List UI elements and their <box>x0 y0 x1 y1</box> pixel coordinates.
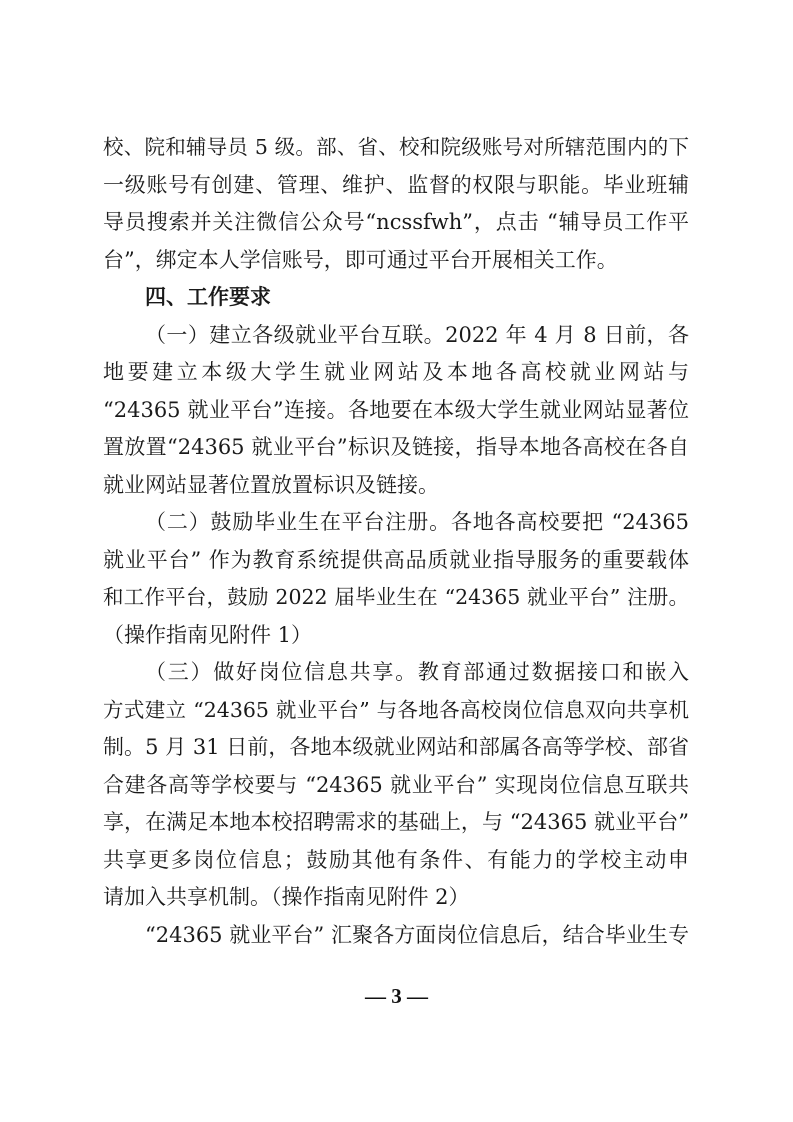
text-line: “24365 就业平台”连接。各地要在本级大学生就业网站显著位 <box>103 392 689 430</box>
text-line: 台”，绑定本人学信账号，即可通过平台开展相关工作。 <box>103 242 689 280</box>
text-line: （操作指南见附件 1） <box>103 617 689 655</box>
text-line: 就业网站显著位置放置标识及链接。 <box>103 467 689 505</box>
text-line: 置放置“24365 就业平台”标识及链接，指导本地各高校在各自 <box>103 429 689 467</box>
text-line: 和工作平台，鼓励 2022 届毕业生在 “24365 就业平台” 注册。 <box>103 579 689 617</box>
subsection-paragraph-start: （一）建立各级就业平台互联。2022 年 4 月 8 日前，各 <box>103 317 689 355</box>
text-line: 请加入共享机制。（操作指南见附件 2） <box>103 879 689 917</box>
text-line: 一级账号有创建、管理、维护、监督的权限与职能。毕业班辅 <box>103 167 689 205</box>
section-heading: 四、工作要求 <box>103 279 689 317</box>
text-line: 方式建立 “24365 就业平台” 与各地各高校岗位信息双向共享机 <box>103 692 689 730</box>
text-line: 享，在满足本地本校招聘需求的基础上，与 “24365 就业平台” <box>103 804 689 842</box>
text-line: 校、院和辅导员 5 级。部、省、校和院级账号对所辖范围内的下 <box>103 129 689 167</box>
text-line: 共享更多岗位信息；鼓励其他有条件、有能力的学校主动申 <box>103 842 689 880</box>
text-line: 导员搜索并关注微信公众号“ncssfwh”，点击 “辅导员工作平 <box>103 204 689 242</box>
page-number: — 3 — <box>0 984 793 1009</box>
subsection-paragraph-start: （三）做好岗位信息共享。教育部通过数据接口和嵌入 <box>103 654 689 692</box>
document-body: 校、院和辅导员 5 级。部、省、校和院级账号对所辖范围内的下 一级账号有创建、管… <box>103 129 689 954</box>
paragraph-start: “24365 就业平台” 汇聚各方面岗位信息后，结合毕业生专 <box>103 917 689 955</box>
subsection-paragraph-start: （二）鼓励毕业生在平台注册。各地各高校要把 “24365 <box>103 504 689 542</box>
text-line: 合建各高等学校要与 “24365 就业平台” 实现岗位信息互联共 <box>103 767 689 805</box>
text-line: 就业平台” 作为教育系统提供高品质就业指导服务的重要载体 <box>103 542 689 580</box>
text-line: 地要建立本级大学生就业网站及本地各高校就业网站与 <box>103 354 689 392</box>
text-line: 制。5 月 31 日前，各地本级就业网站和部属各高等学校、部省 <box>103 729 689 767</box>
document-page: 校、院和辅导员 5 级。部、省、校和院级账号对所辖范围内的下 一级账号有创建、管… <box>0 0 793 1122</box>
